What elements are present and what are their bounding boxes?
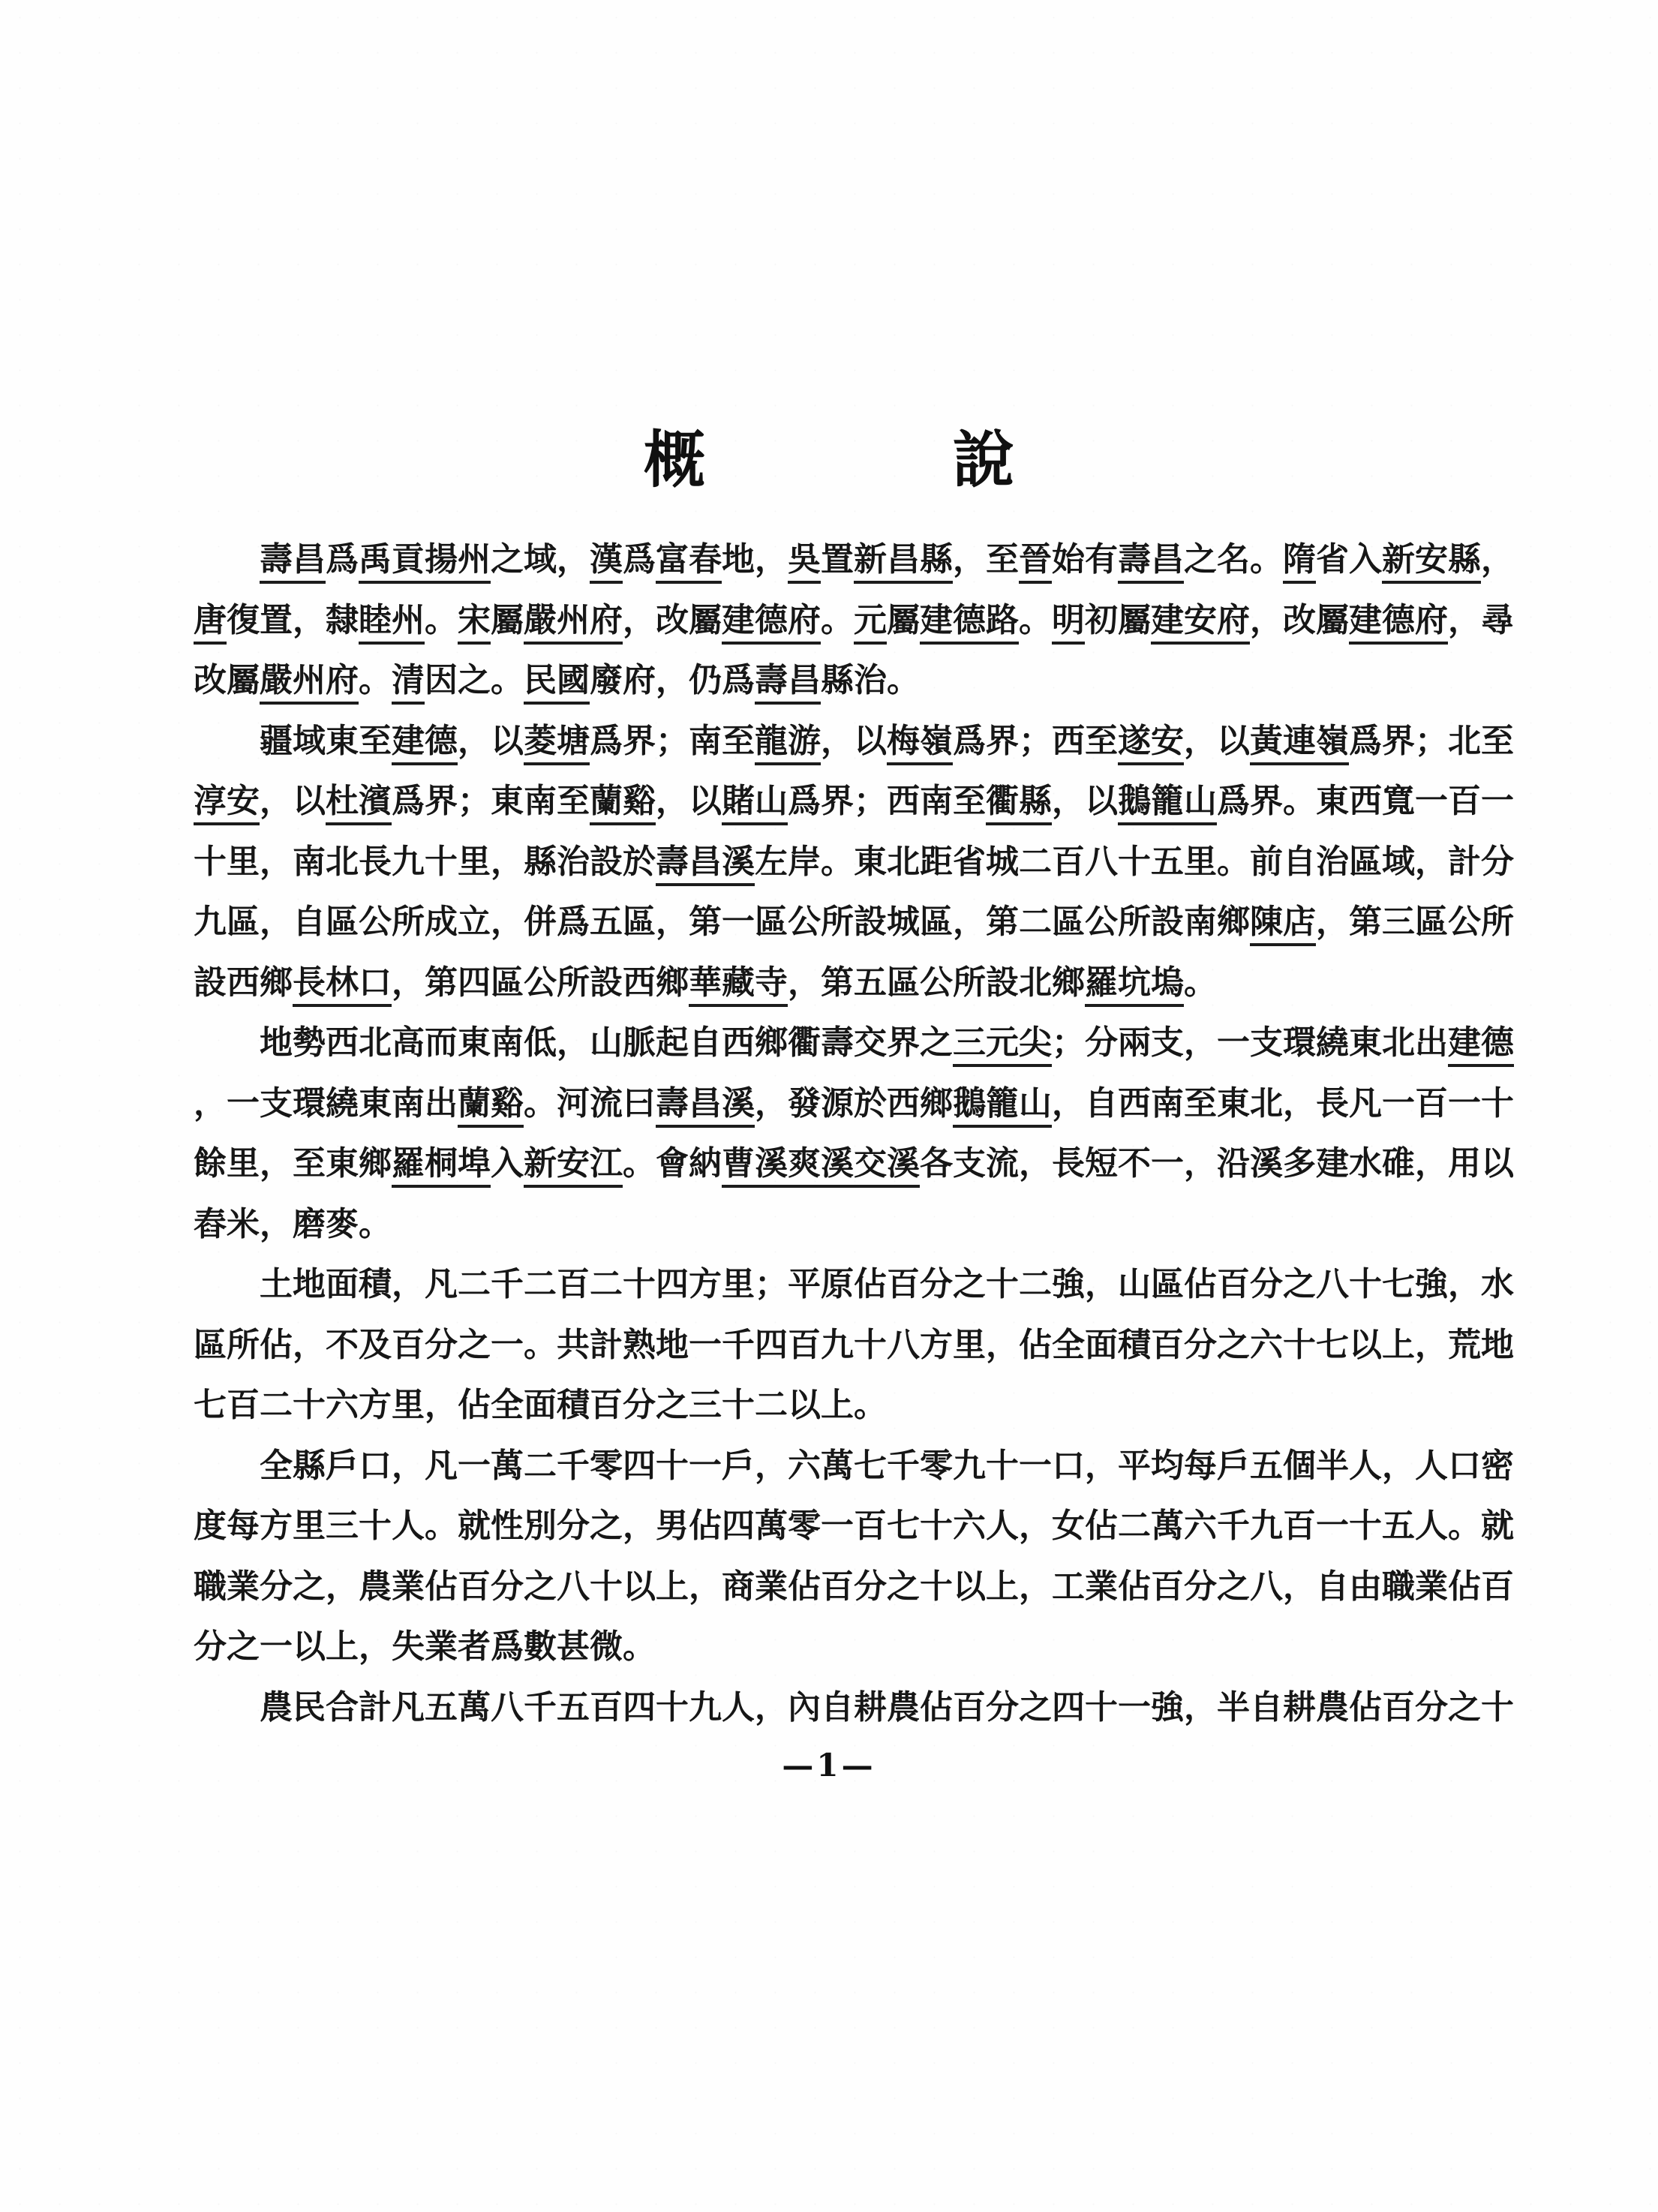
text-line: 職業分之，農業佔百分之八十以上，商業佔百分之十以上，工業佔百分之八，自由職業佔百 [194,1557,1523,1618]
text-line: 疆域東至建德，以菱塘爲界；南至龍游，以梅嶺爲界；西至遂安，以黃連嶺爲界；北至 [194,711,1523,772]
proper-noun: 壽昌 [260,540,326,584]
text-line: 七百二十六方里，佔全面積百分之三十二以上。 [194,1375,1523,1436]
proper-noun: 民國 [524,661,590,705]
title-char-left: 概 [644,424,705,496]
text-line: 度每方里三十人。就性別分之，男佔四萬零一百七十六人，女佔二萬六千九百一十五人。就 [194,1496,1523,1557]
proper-noun: 爽溪 [788,1144,854,1188]
proper-noun: 曹溪 [722,1144,788,1188]
proper-noun: 蘭谿 [590,782,656,825]
text-line: 十里，南北長九十里，縣治設於壽昌溪左岸。東北距省城二百八十五里。前自治區域，計分 [194,832,1523,893]
proper-noun: 羅桐埠 [392,1144,491,1188]
proper-noun: 菱塘 [524,722,590,765]
proper-noun: 交溪 [854,1144,920,1188]
proper-noun: 壽昌 [755,661,821,705]
proper-noun: 淳安 [194,782,260,825]
proper-noun: 吳 [788,540,821,584]
proper-noun: 鵝籠山 [1118,782,1217,825]
page-title: 概說 [0,411,1658,499]
proper-noun: 華藏寺 [689,963,788,1007]
proper-noun: 龍游 [755,722,821,765]
text-line: 地勢西北高而東南低，山脈起自西鄉衢壽交界之三元尖；分兩支，一支環繞東北出建德 [194,1013,1523,1074]
text-line: 分之一以上，失業者爲數甚微。 [194,1617,1523,1678]
text-line: 改屬嚴州府。清因之。民國廢府，仍爲壽昌縣治。 [194,651,1523,711]
proper-noun: 漢 [590,540,623,584]
proper-noun: 清 [392,661,425,705]
proper-noun: 杜濱 [326,782,392,825]
proper-noun: 壽昌溪 [656,843,755,886]
proper-noun: 元 [854,601,887,645]
paragraph-2: 疆域東至建德，以菱塘爲界；南至龍游，以梅嶺爲界；西至遂安，以黃連嶺爲界；北至淳安… [194,711,1523,1014]
title-char-right: 說 [953,424,1014,496]
proper-noun: 新安縣 [1382,540,1481,584]
proper-noun: 陳店 [1250,903,1316,946]
proper-noun: 睦州 [359,601,425,645]
proper-noun: 唐 [194,601,227,645]
text-line: 九區，自區公所成立，併爲五區，第一區公所設城區，第二區公所設南鄉陳店，第三區公所 [194,892,1523,953]
text-line: 區所佔，不及百分之一。共計熟地一千四百九十八方里，佔全面積百分之六十七以上，荒地 [194,1315,1523,1376]
proper-noun: 壽昌 [1118,540,1184,584]
proper-noun: 梅嶺 [887,722,953,765]
proper-noun: 鵝籠山 [953,1084,1052,1128]
document-page: 概說 壽昌爲禹貢揚州之域，漢爲富春地，吳置新昌縣，至晉始有壽昌之名。隋省入新安縣… [0,0,1658,2212]
text-line: 土地面積，凡二千二百二十四方里；平原佔百分之十二強，山區佔百分之八十七強，水 [194,1255,1523,1315]
text-line: 唐復置，隸睦州。宋屬嚴州府，改屬建德府。元屬建德路。明初屬建安府，改屬建德府，尋 [194,591,1523,651]
proper-noun: 建德府 [1349,601,1448,645]
proper-noun: 宋 [458,601,491,645]
text-line: 壽昌爲禹貢揚州之域，漢爲富春地，吳置新昌縣，至晉始有壽昌之名。隋省入新安縣， [194,530,1523,591]
paragraph-3: 地勢西北高而東南低，山脈起自西鄉衢壽交界之三元尖；分兩支，一支環繞東北出建德，一… [194,1013,1523,1255]
text-line: 餘里，至東鄉羅桐埠入新安江。會納曹溪爽溪交溪各支流，長短不一，沿溪多建水碓，用以 [194,1134,1523,1195]
proper-noun: 晉 [1019,540,1052,584]
proper-noun: 揚州 [425,540,491,584]
proper-noun: 建德 [1448,1023,1514,1067]
proper-noun: 羅坑塢 [1085,963,1184,1007]
proper-noun: 衢縣 [986,782,1052,825]
proper-noun: 建德 [392,722,458,765]
text-line: 舂米，磨麥。 [194,1195,1523,1255]
document-body: 壽昌爲禹貢揚州之域，漢爲富春地，吳置新昌縣，至晉始有壽昌之名。隋省入新安縣，唐復… [194,530,1523,1738]
proper-noun: 賭山 [722,782,788,825]
paragraph-5: 全縣戶口，凡一萬二千零四十一戶，六萬七千零九十一口，平均每戶五個半人，人口密度每… [194,1436,1523,1678]
proper-noun: 遂安 [1118,722,1184,765]
proper-noun: 蘭谿 [458,1084,524,1128]
text-line: 農民合計凡五萬八千五百四十九人，內自耕農佔百分之四十一強，半自耕農佔百分之十 [194,1678,1523,1739]
proper-noun: 新昌縣 [854,540,953,584]
proper-noun: 建安府 [1151,601,1250,645]
paragraph-6: 農民合計凡五萬八千五百四十九人，內自耕農佔百分之四十一強，半自耕農佔百分之十 [194,1678,1523,1739]
proper-noun: 三元尖 [953,1023,1052,1067]
paragraph-1: 壽昌爲禹貢揚州之域，漢爲富春地，吳置新昌縣，至晉始有壽昌之名。隋省入新安縣，唐復… [194,530,1523,711]
paragraph-4: 土地面積，凡二千二百二十四方里；平原佔百分之十二強，山區佔百分之八十七強，水區所… [194,1255,1523,1436]
page-number: —1— [0,1747,1658,1784]
proper-noun: 建德府 [722,601,821,645]
text-line: 淳安，以杜濱爲界；東南至蘭谿，以賭山爲界；西南至衢縣，以鵝籠山爲界。東西寬一百一 [194,771,1523,832]
proper-noun: 禹貢 [359,540,425,584]
proper-noun: 嚴州府 [260,661,359,705]
proper-noun: 黃連嶺 [1250,722,1349,765]
proper-noun: 新安江 [524,1144,623,1188]
proper-noun: 長林口 [293,963,392,1007]
text-line: 設西鄉長林口，第四區公所設西鄉華藏寺，第五區公所設北鄉羅坑塢。 [194,953,1523,1014]
proper-noun: 明 [1052,601,1085,645]
proper-noun: 隋 [1283,540,1316,584]
text-line: 全縣戶口，凡一萬二千零四十一戶，六萬七千零九十一口，平均每戶五個半人，人口密 [194,1436,1523,1497]
text-line: ，一支環繞東南出蘭谿。河流曰壽昌溪，發源於西鄉鵝籠山，自西南至東北，長凡一百一十 [194,1074,1523,1135]
proper-noun: 壽昌溪 [656,1084,755,1128]
proper-noun: 嚴州府 [524,601,623,645]
proper-noun: 建德路 [920,601,1019,645]
proper-noun: 富春 [656,540,722,584]
